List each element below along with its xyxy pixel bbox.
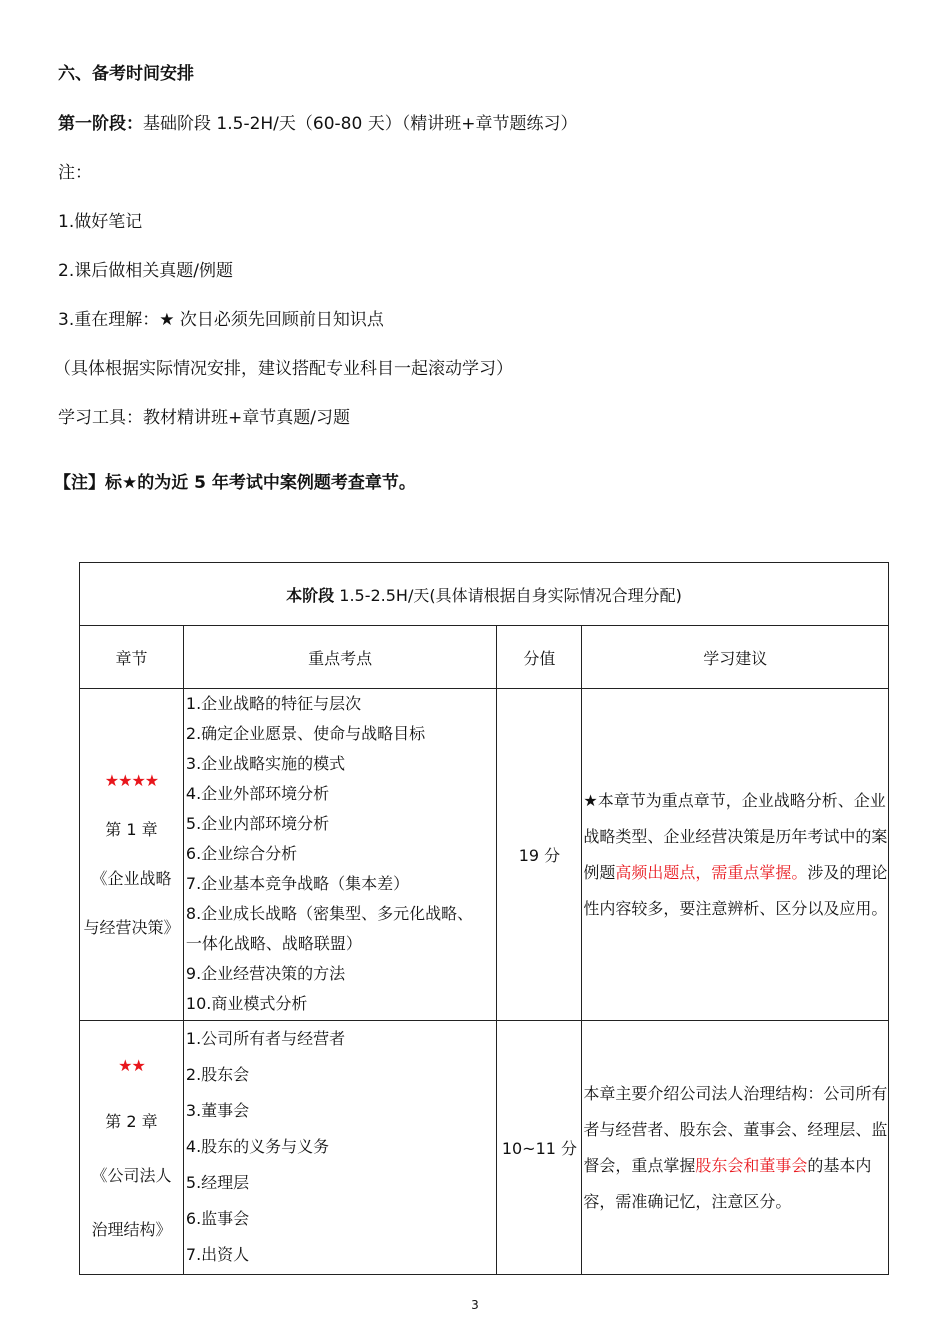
key-points-cell: 1.公司所有者与经营者 2.股东会 3.董事会 4.股东的义务与义务 5.经理层… [183,1021,497,1275]
chapter-name: 治理结构》 [80,1212,183,1248]
highlight-text: 股东会和董事会 [695,1156,807,1175]
header-advice: 学习建议 [582,626,889,689]
key-point: 6.监事会 [186,1201,497,1237]
table-row: ★★ 第 2 章 《公司法人 治理结构》 1.公司所有者与经营者 2.股东会 3… [80,1021,889,1275]
header-chapter: 章节 [80,626,184,689]
key-point: 3.企业战略实施的模式 [186,749,497,779]
stage-label: 第一阶段： [58,114,143,134]
header-score: 分值 [497,626,582,689]
chapter-name: 与经营决策》 [80,912,183,944]
note-item: 2.课后做相关真题/例题 [58,259,233,283]
header-key-points: 重点考点 [183,626,497,689]
key-point: 8.企业成长战略（密集型、多元化战略、 [186,899,497,929]
chapter-number: 第 1 章 [80,814,183,846]
table-row: ★★★★ 第 1 章 《企业战略 与经营决策》 1.企业战略的特征与层次 2.确… [80,689,889,1021]
key-point: 4.股东的义务与义务 [186,1129,497,1165]
section-heading: 六、备考时间安排 [58,62,194,86]
stage-text: 基础阶段 1.5-2H/天（60-80 天）（精讲班+章节题练习） [143,114,577,134]
table-header-row: 章节 重点考点 分值 学习建议 [80,626,889,689]
note-item: 3.重在理解：★ 次日必须先回顾前日知识点 [58,308,384,332]
chapter-number: 第 2 章 [80,1104,183,1140]
key-point: 4.企业外部环境分析 [186,779,497,809]
key-point: 10.商业模式分析 [186,989,497,1019]
advice-cell: 本章主要介绍公司法人治理结构：公司所有者与经营者、股东会、董事会、经理层、监督会… [582,1021,889,1275]
key-points-cell: 1.企业战略的特征与层次 2.确定企业愿景、使命与战略目标 3.企业战略实施的模… [183,689,497,1021]
key-point: 2.股东会 [186,1057,497,1093]
highlight-text: 高频出题点，需重点掌握。 [615,863,807,882]
key-point: 7.出资人 [186,1237,497,1273]
star-rating: ★★★★ [80,765,183,797]
key-point: 5.企业内部环境分析 [186,809,497,839]
chapter-cell: ★★★★ 第 1 章 《企业战略 与经营决策》 [80,689,184,1021]
key-point: 1.公司所有者与经营者 [186,1021,497,1057]
key-point: 1.企业战略的特征与层次 [186,689,497,719]
chapter-name: 《公司法人 [80,1158,183,1194]
key-point: 5.经理层 [186,1165,497,1201]
note-item: 1.做好笔记 [58,210,142,234]
chapter-cell: ★★ 第 2 章 《公司法人 治理结构》 [80,1021,184,1275]
table-title: 本阶段 1.5-2.5H/天(具体请根据自身实际情况合理分配) [80,563,889,626]
key-point: 6.企业综合分析 [186,839,497,869]
score-cell: 19 分 [497,689,582,1021]
stage-line: 第一阶段：基础阶段 1.5-2H/天（60-80 天）（精讲班+章节题练习） [58,112,577,136]
advice-cell: ★本章节为重点章节，企业战略分析、企业战略类型、企业经营决策是历年考试中的案例题… [582,689,889,1021]
score-cell: 10~11 分 [497,1021,582,1275]
arrangement-note: （具体根据实际情况安排，建议搭配专业科目一起滚动学习） [54,357,513,381]
key-point: 7.企业基本竞争战略（集本差） [186,869,497,899]
study-tools: 学习工具：教材精讲班+章节真题/习题 [58,406,350,430]
chapter-name: 《企业战略 [80,863,183,895]
key-point: 3.董事会 [186,1093,497,1129]
note-label: 注： [58,161,92,185]
study-plan-table: 本阶段 1.5-2.5H/天(具体请根据自身实际情况合理分配) 章节 重点考点 … [79,562,889,1275]
page-number: 3 [0,1298,950,1312]
key-point: 2.确定企业愿景、使命与战略目标 [186,719,497,749]
star-rating: ★★ [80,1048,183,1084]
key-point: 一体化战略、战略联盟） [186,929,497,959]
key-point: 9.企业经营决策的方法 [186,959,497,989]
star-note: 【注】标★的为近 5 年考试中案例题考查章节。 [54,471,416,495]
